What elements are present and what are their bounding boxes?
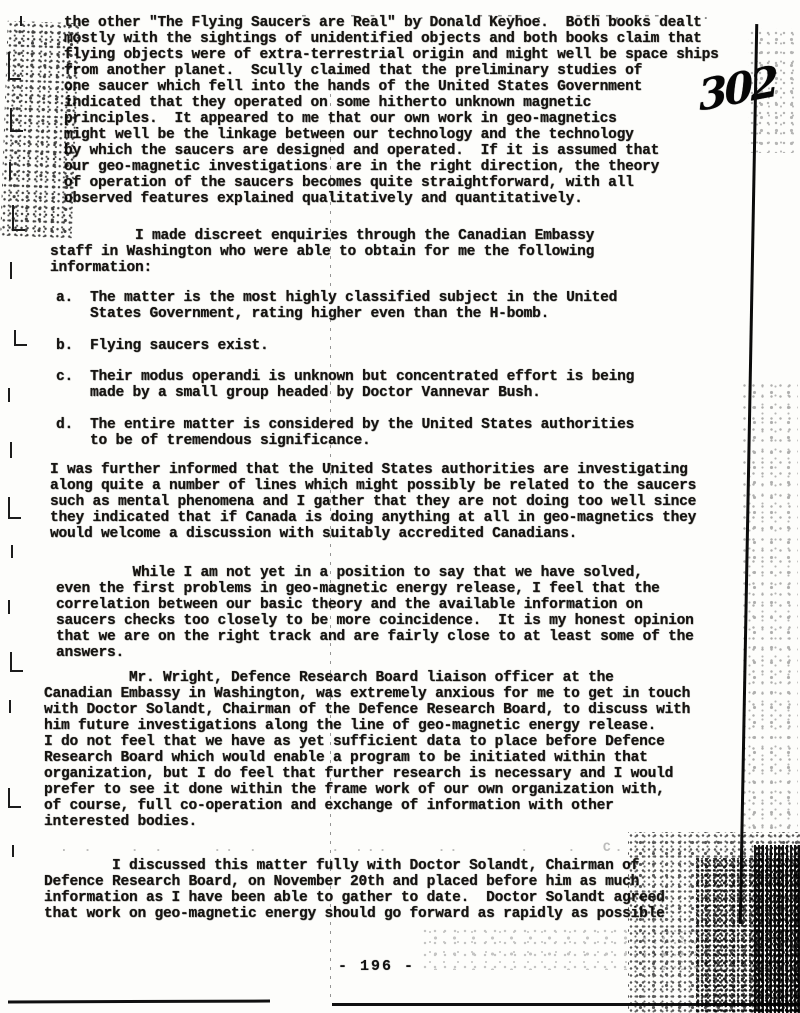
text-line: I do not feel that we have as yet suffic…: [44, 734, 690, 750]
text-line: While I am not yet in a position to say …: [56, 565, 694, 581]
bottom-edge-line-left: [8, 1000, 270, 1004]
text-line: observed features explained qualitativel…: [64, 191, 719, 207]
text-line: him future investigations along the line…: [44, 718, 690, 734]
margin-tick: [12, 845, 14, 857]
text-line: to be of tremendous significance.: [56, 433, 634, 449]
text-line: made by a small group headed by Doctor V…: [56, 385, 634, 401]
text-line: I discussed this matter fully with Docto…: [44, 858, 665, 874]
paragraph-discussed-solandt: I discussed this matter fully with Docto…: [44, 858, 665, 922]
text-line: mostly with the sightings of unidentifie…: [64, 31, 719, 47]
scanned-document-page: the other "The Flying Saucers are Real" …: [0, 0, 800, 1013]
text-line: might well be the linkage between our te…: [64, 127, 719, 143]
text-line: would welcome a discussion with suitably…: [50, 526, 696, 542]
text-line: they indicated that if Canada is doing a…: [50, 510, 696, 526]
margin-tick: [10, 108, 23, 132]
paragraph-further-informed: I was further informed that the United S…: [50, 462, 696, 542]
text-line: I was further informed that the United S…: [50, 462, 696, 478]
margin-tick: [20, 16, 22, 26]
text-line: [56, 354, 634, 370]
paragraph-correlation: While I am not yet in a position to say …: [56, 565, 694, 661]
text-line: Research Board which would enable a prog…: [44, 750, 690, 766]
margin-tick: [8, 788, 21, 808]
text-line: flying objects were of extra-terrestrial…: [64, 47, 719, 63]
text-line: even the first problems in geo-magnetic …: [56, 581, 694, 597]
paragraph-books-and-theory: the other "The Flying Saucers are Real" …: [64, 15, 719, 207]
text-line: of operation of the saucers becomes quit…: [64, 175, 719, 191]
text-line: such as mental phenomena and I gather th…: [50, 494, 696, 510]
text-line: from another planet. Scully claimed that…: [64, 63, 719, 79]
margin-tick: [9, 700, 11, 713]
margin-tick: [11, 545, 13, 558]
top-edge-text-fragments: - . - -- .... ----- . .----, --- .: [300, 8, 712, 23]
text-line: one saucer which fell into the hands of …: [64, 79, 719, 95]
text-line: [56, 322, 634, 338]
center-fold-dashed-line: [330, 85, 331, 1000]
margin-tick: [8, 600, 10, 614]
text-line: Mr. Wright, Defence Research Board liais…: [44, 670, 690, 686]
margin-tick: [8, 52, 21, 80]
text-line: c. Their modus operandi is unknown but c…: [56, 369, 634, 385]
text-line: along quite a number of lines which migh…: [50, 478, 696, 494]
text-line: information:: [50, 260, 594, 276]
text-line: organization, but I do feel that further…: [44, 766, 690, 782]
scan-noise-right-edge: [740, 380, 798, 840]
margin-tick: [10, 262, 12, 279]
text-line: of course, full co-operation and exchang…: [44, 798, 690, 814]
paragraph-mr-wright: Mr. Wright, Defence Research Board liais…: [44, 670, 690, 830]
paragraph-embassy-enquiries: I made discreet enquiries through the Ca…: [50, 228, 594, 276]
margin-tick: [9, 162, 11, 180]
text-line: staff in Washington who were able to obt…: [50, 244, 594, 260]
text-line: I made discreet enquiries through the Ca…: [50, 228, 594, 244]
text-line: that we are on the right track and are f…: [56, 629, 694, 645]
text-line: [56, 401, 634, 417]
text-line: prefer to see it done within the frame w…: [44, 782, 690, 798]
text-line: interested bodies.: [44, 814, 690, 830]
list-findings: a. The matter is the most highly classif…: [56, 290, 634, 449]
mid-page-smudge-fragments: . . . . .. . . ... .. . . C.: [60, 840, 626, 855]
text-line: with Doctor Solandt, Chairman of the Def…: [44, 702, 690, 718]
text-line: saucers checks too closely to be more co…: [56, 613, 694, 629]
text-line: States Government, rating higher even th…: [56, 306, 634, 322]
scan-noise-bottom-right-streaks: [754, 845, 800, 1013]
margin-tick: [12, 205, 25, 231]
text-line: answers.: [56, 645, 694, 661]
scan-noise-footer: [420, 925, 700, 970]
scan-noise-right-top: [748, 28, 798, 153]
text-line: indicated that they operated on some hit…: [64, 95, 719, 111]
margin-tick: [8, 388, 10, 402]
margin-tick: [10, 652, 23, 672]
text-line: our geo-magnetic investigations are in t…: [64, 159, 719, 175]
text-line: by which the saucers are designed and op…: [64, 143, 719, 159]
text-line: that work on geo-magnetic energy should …: [44, 906, 665, 922]
text-line: principles. It appeared to me that our o…: [64, 111, 719, 127]
margin-tick: [10, 442, 12, 458]
text-line: correlation between our basic theory and…: [56, 597, 694, 613]
page-number: - 196 -: [338, 958, 415, 975]
text-line: information as I have been able to gathe…: [44, 890, 665, 906]
text-line: a. The matter is the most highly classif…: [56, 290, 634, 306]
margin-tick: [14, 330, 27, 346]
text-line: d. The entire matter is considered by th…: [56, 417, 634, 433]
text-line: Canadian Embassy in Washington, was extr…: [44, 686, 690, 702]
text-line: b. Flying saucers exist.: [56, 338, 634, 354]
text-line: Defence Research Board, on November 20th…: [44, 874, 665, 890]
margin-tick: [8, 497, 21, 519]
